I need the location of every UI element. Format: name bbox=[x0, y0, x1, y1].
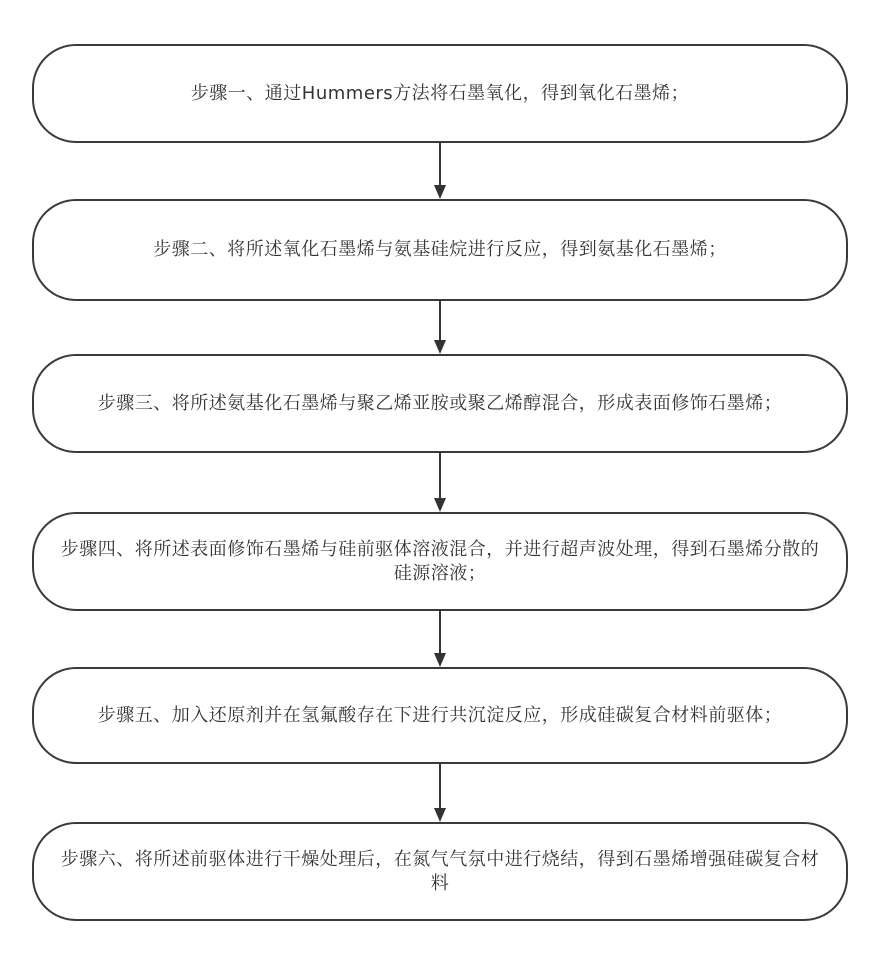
process-flowchart: 步骤一、通过Hummers方法将石墨氧化，得到氧化石墨烯； 步骤二、将所述氧化石… bbox=[0, 0, 878, 955]
step-2-box: 步骤二、将所述氧化石墨烯与氨基硅烷进行反应，得到氨基化石墨烯； bbox=[32, 199, 848, 301]
step-4-box: 步骤四、将所述表面修饰石墨烯与硅前驱体溶液混合，并进行超声波处理，得到石墨烯分散… bbox=[32, 512, 848, 611]
step-6-text: 步骤六、将所述前驱体进行干燥处理后，在氮气气氛中进行烧结，得到石墨烯增强硅碳复合… bbox=[56, 848, 824, 896]
step-1-text: 步骤一、通过Hummers方法将石墨氧化，得到氧化石墨烯； bbox=[56, 82, 824, 106]
step-5-text: 步骤五、加入还原剂并在氢氟酸存在下进行共沉淀反应，形成硅碳复合材料前驱体； bbox=[56, 704, 824, 728]
step-3-text: 步骤三、将所述氨基化石墨烯与聚乙烯亚胺或聚乙烯醇混合，形成表面修饰石墨烯； bbox=[56, 392, 824, 416]
arrow-down-icon bbox=[436, 301, 445, 354]
arrow-down-icon bbox=[436, 611, 445, 667]
step-1-box: 步骤一、通过Hummers方法将石墨氧化，得到氧化石墨烯； bbox=[32, 44, 848, 143]
arrow-down-icon bbox=[436, 453, 445, 512]
step-2-text: 步骤二、将所述氧化石墨烯与氨基硅烷进行反应，得到氨基化石墨烯； bbox=[56, 238, 824, 262]
step-3-box: 步骤三、将所述氨基化石墨烯与聚乙烯亚胺或聚乙烯醇混合，形成表面修饰石墨烯； bbox=[32, 354, 848, 453]
arrow-down-icon bbox=[436, 143, 445, 199]
arrow-down-icon bbox=[436, 764, 445, 822]
step-5-box: 步骤五、加入还原剂并在氢氟酸存在下进行共沉淀反应，形成硅碳复合材料前驱体； bbox=[32, 667, 848, 764]
step-4-text: 步骤四、将所述表面修饰石墨烯与硅前驱体溶液混合，并进行超声波处理，得到石墨烯分散… bbox=[56, 538, 824, 586]
step-6-box: 步骤六、将所述前驱体进行干燥处理后，在氮气气氛中进行烧结，得到石墨烯增强硅碳复合… bbox=[32, 822, 848, 921]
